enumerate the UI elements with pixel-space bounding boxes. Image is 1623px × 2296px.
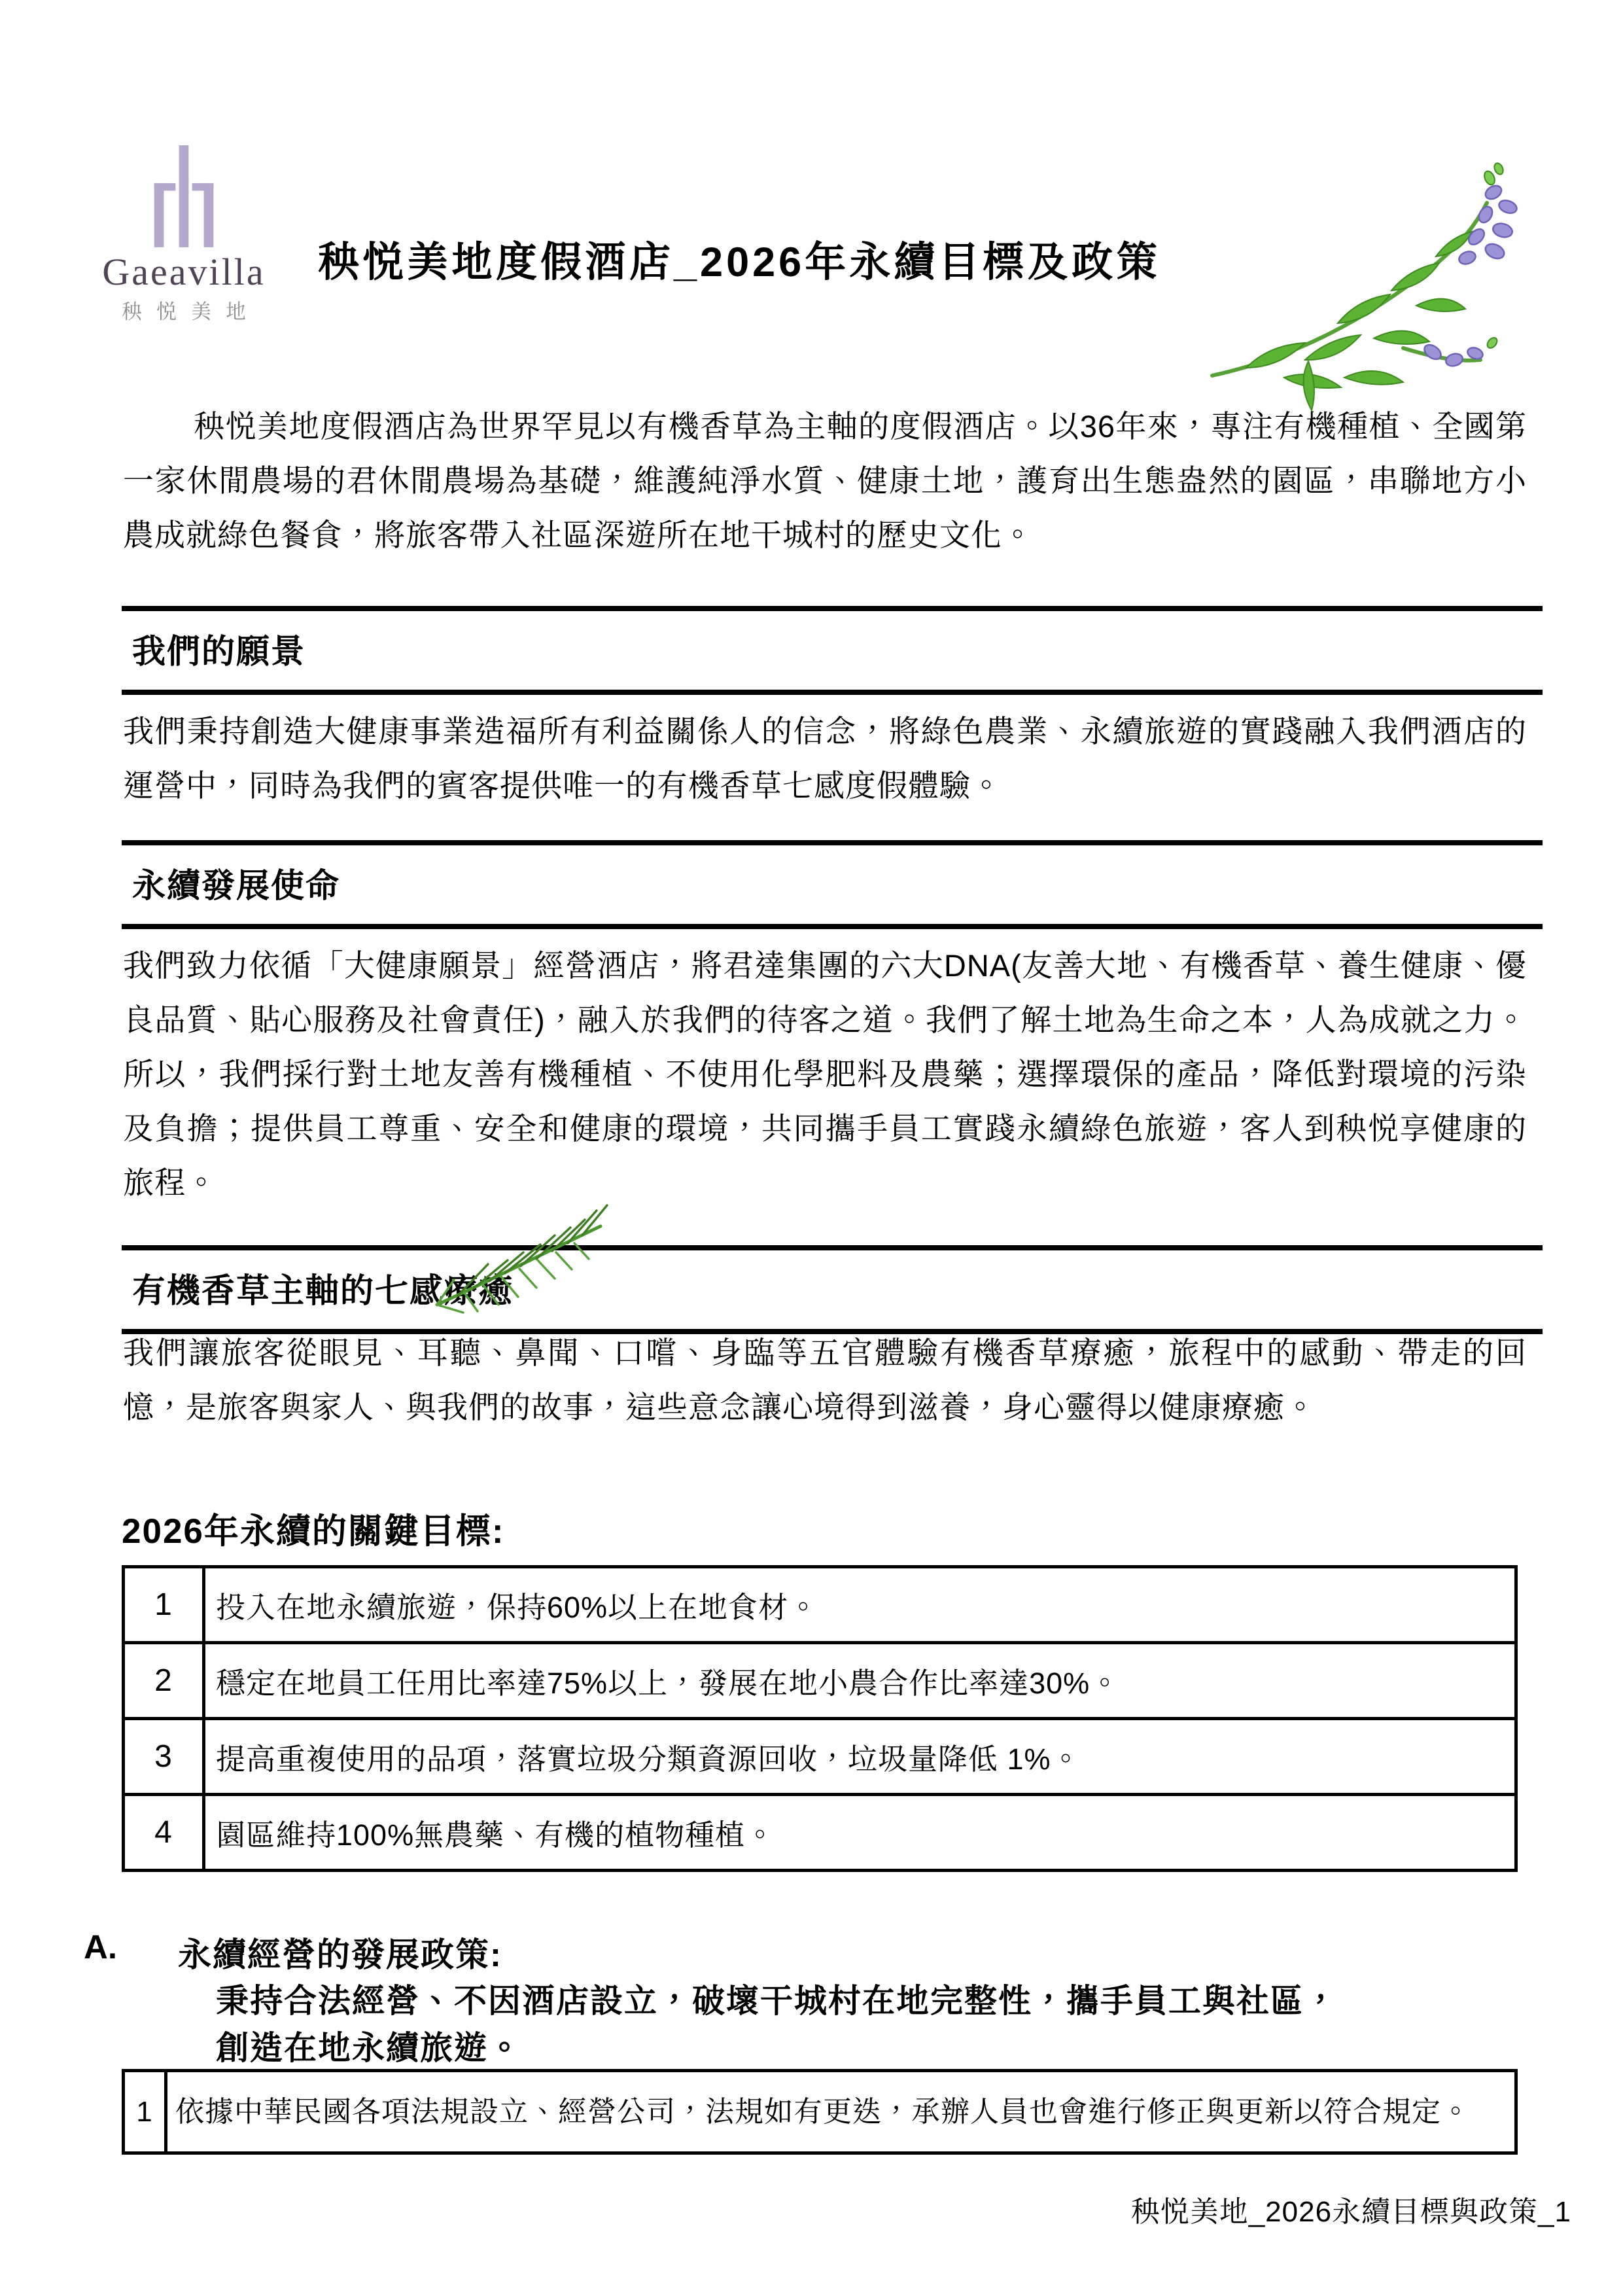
- policy-a-table: 1 依據中華民國各項法規設立、經營公司，法規如有更迭，承辦人員也會進行修正與更新…: [122, 2069, 1518, 2155]
- section-seven-senses-body: 我們讓旅客從眼見、耳聽、鼻聞、口嚐、身臨等五官體驗有機香草療癒，旅程中的感動、帶…: [123, 1326, 1527, 1434]
- goal-text: 穩定在地員工任用比率達75%以上，發展在地小農合作比率達30%。: [204, 1643, 1516, 1719]
- policy-item-number: 1: [124, 2071, 166, 2153]
- policy-a-heading: 永續經營的發展政策:: [178, 1928, 502, 1976]
- goals-heading: 2026年永續的關鍵目標:: [122, 1504, 505, 1553]
- goal-number: 3: [124, 1719, 204, 1795]
- goal-text: 提高重複使用的品項，落實垃圾分類資源回收，垃圾量降低 1%。: [204, 1719, 1516, 1795]
- logo-subtitle: 秧悦美地: [69, 302, 298, 322]
- goals-table-row: 1 投入在地永續旅遊，保持60%以上在地食材。: [124, 1567, 1516, 1643]
- goal-number: 2: [124, 1643, 204, 1719]
- goal-text: 投入在地永續旅遊，保持60%以上在地食材。: [204, 1567, 1516, 1643]
- gaeavilla-logo: Gaeavilla 秧悦美地: [69, 145, 298, 322]
- rosemary-sprig-illustration: [425, 1201, 618, 1316]
- logo-brand-text: Gaeavilla: [69, 253, 298, 292]
- section-seven-senses-heading-block: 有機香草主軸的七感療癒: [122, 1245, 1543, 1334]
- goals-table: 1 投入在地永續旅遊，保持60%以上在地食材。 2 穩定在地員工任用比率達75%…: [122, 1565, 1518, 1872]
- policy-a-statement: 秉持合法經營、不因酒店設立，破壞干城村在地完整性，攜手員工與社區， 創造在地永續…: [216, 1977, 1531, 2072]
- goals-table-row: 3 提高重複使用的品項，落實垃圾分類資源回收，垃圾量降低 1%。: [124, 1719, 1516, 1795]
- goal-number: 1: [124, 1567, 204, 1643]
- page-footer: 秧悦美地_2026永續目標與政策_1: [122, 2188, 1571, 2230]
- lavender-sprig-illustration: [1207, 152, 1537, 414]
- policy-table-row: 1 依據中華民國各項法規設立、經營公司，法規如有更迭，承辦人員也會進行修正與更新…: [124, 2071, 1516, 2153]
- intro-paragraph: 秧悦美地度假酒店為世界罕見以有機香草為主軸的度假酒店。以36年來，專注有機種植、…: [123, 399, 1527, 562]
- policy-item-text: 依據中華民國各項法規設立、經營公司，法規如有更迭，承辦人員也會進行修正與更新以符…: [166, 2071, 1516, 2153]
- section-mission-heading-block: 永續發展使命: [122, 840, 1543, 929]
- policy-a-statement-line2: 創造在地永續旅遊。: [216, 2024, 1531, 2072]
- goals-table-row: 4 園區維持100%無農藥、有機的植物種植。: [124, 1795, 1516, 1871]
- section-vision-heading-block: 我們的願景: [122, 606, 1543, 695]
- document-page: Gaeavilla 秧悦美地 秧悦美地度假酒店_2026年永續目標及政策: [0, 0, 1623, 2296]
- page-title: 秧悦美地度假酒店_2026年永續目標及政策: [318, 229, 1161, 289]
- goal-text: 園區維持100%無農藥、有機的植物種植。: [204, 1795, 1516, 1871]
- goal-number: 4: [124, 1795, 204, 1871]
- section-vision-body: 我們秉持創造大健康事業造福所有利益關係人的信念，將綠色農業、永續旅遊的實踐融入我…: [123, 704, 1527, 813]
- gaeavilla-towers-icon: [141, 145, 227, 249]
- policy-a-statement-line1: 秉持合法經營、不因酒店設立，破壞干城村在地完整性，攜手員工與社區，: [216, 1977, 1531, 2024]
- section-mission-body: 我們致力依循「大健康願景」經營酒店，將君達集團的六大DNA(友善大地、有機香草、…: [123, 938, 1527, 1210]
- goals-table-row: 2 穩定在地員工任用比率達75%以上，發展在地小農合作比率達30%。: [124, 1643, 1516, 1719]
- section-mission-heading: 永續發展使命: [132, 867, 340, 904]
- section-vision-heading: 我們的願景: [132, 633, 305, 670]
- policy-a-label: A.: [84, 1928, 117, 1966]
